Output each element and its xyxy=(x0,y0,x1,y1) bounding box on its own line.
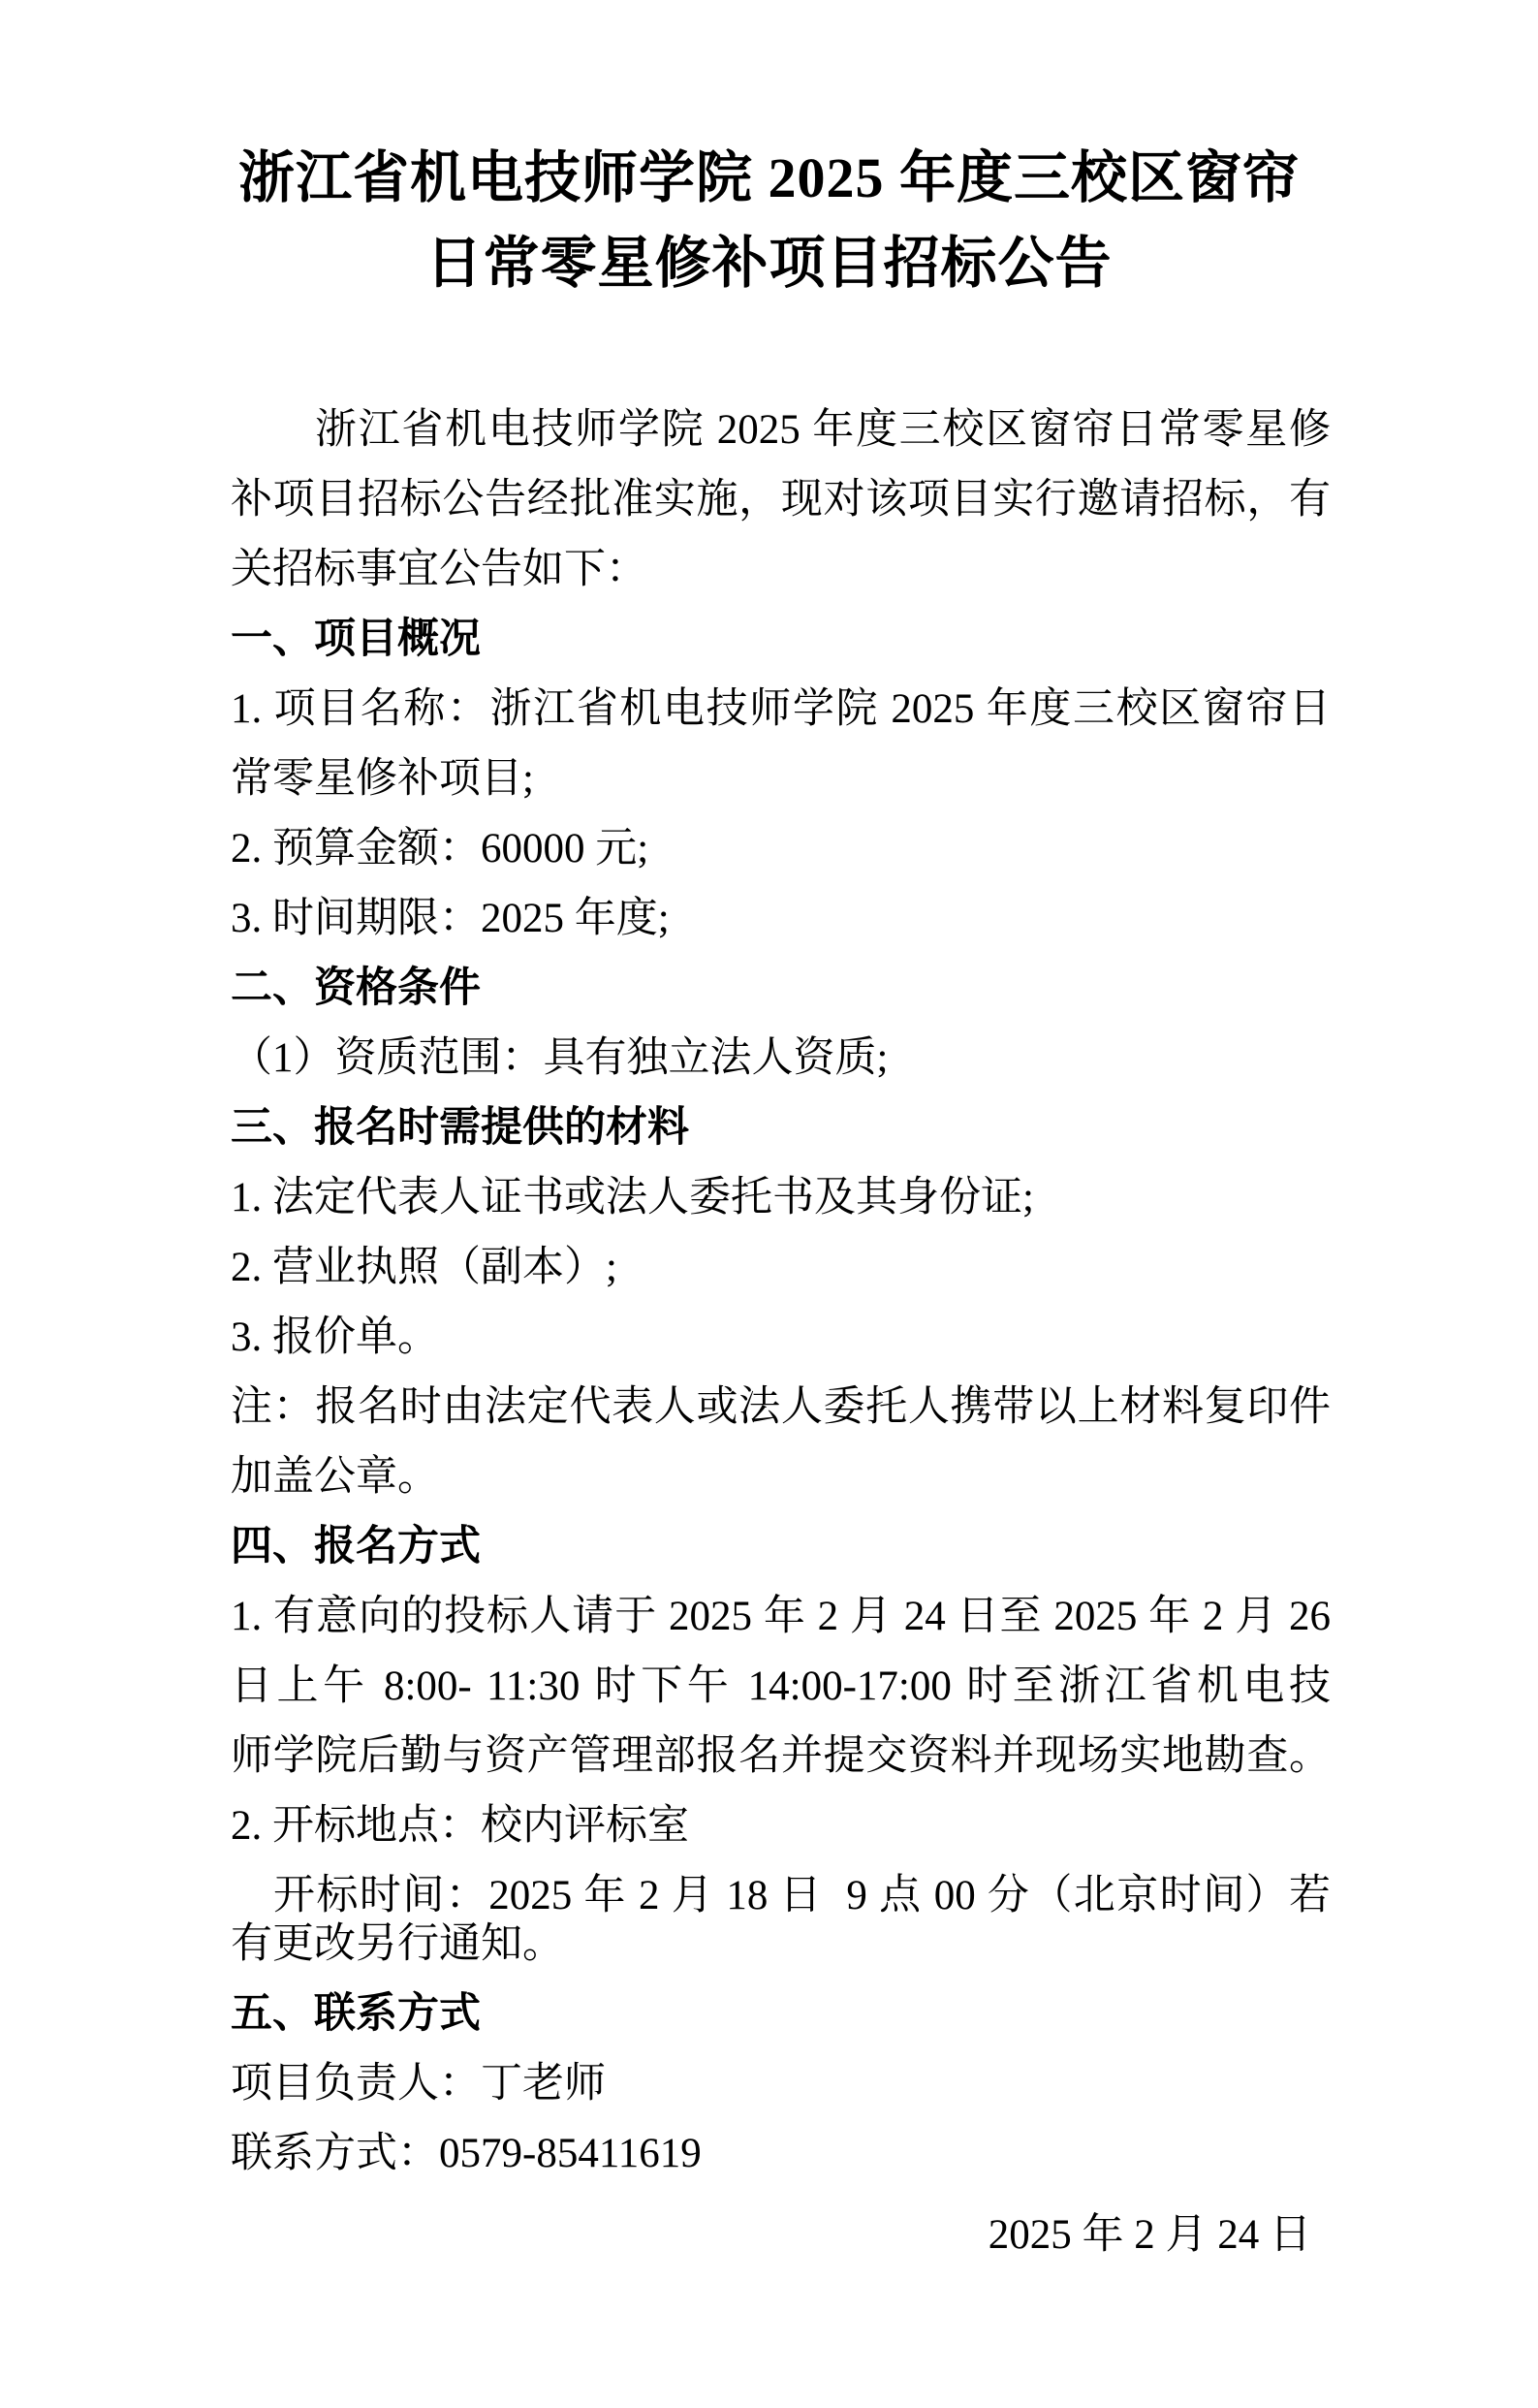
section-heading-5: 五、联系方式 xyxy=(231,1980,1331,2049)
title-line-1: 浙江省机电技师学院 2025 年度三校区窗帘 xyxy=(0,136,1538,221)
material-line-3: 3. 报价单。 xyxy=(231,1303,1331,1373)
budget-line: 2. 预算金额：60000 元; xyxy=(231,814,1331,884)
intro-line-1: 浙江省机电技师学院 2025 年度三校区窗帘日常零星修 xyxy=(231,396,1331,465)
intro-line-3: 关招标事宜公告如下： xyxy=(231,535,1331,605)
contact-person-line: 项目负责人：丁老师 xyxy=(231,2049,1331,2119)
contact-phone-line: 联系方式：0579-85411619 xyxy=(231,2119,1331,2189)
note-line-1: 注：报名时由法定代表人或法人委托人携带以上材料复印件 xyxy=(231,1373,1331,1442)
project-name-line-2: 常零星修补项目; xyxy=(231,745,1331,814)
qualification-line: （1）资质范围：具有独立法人资质; xyxy=(231,1024,1331,1093)
document-title: 浙江省机电技师学院 2025 年度三校区窗帘 日常零星修补项目招标公告 xyxy=(0,136,1538,306)
bid-opening-place-line: 2. 开标地点：校内评标室 xyxy=(231,1791,1331,1861)
time-limit-line: 3. 时间期限：2025 年度; xyxy=(231,884,1331,954)
registration-line-1: 1. 有意向的投标人请于 2025 年 2 月 24 日至 2025 年 2 月… xyxy=(231,1582,1331,1652)
section-heading-4: 四、报名方式 xyxy=(231,1512,1331,1582)
registration-line-2: 日上午 8:00- 11:30 时下午 14:00-17:00 时至浙江省机电技 xyxy=(231,1652,1331,1722)
document-page: 浙江省机电技师学院 2025 年度三校区窗帘 日常零星修补项目招标公告 浙江省机… xyxy=(0,0,1538,2408)
date-line: 2025 年 2 月 24 日 xyxy=(231,2201,1331,2270)
project-name-line-1: 1. 项目名称：浙江省机电技师学院 2025 年度三校区窗帘日 xyxy=(231,675,1331,745)
title-line-2: 日常零星修补项目招标公告 xyxy=(0,221,1538,306)
note-line-2: 加盖公章。 xyxy=(231,1442,1331,1512)
registration-line-3: 师学院后勤与资产管理部报名并提交资料并现场实地勘查。 xyxy=(231,1722,1331,1791)
material-line-1: 1. 法定代表人证书或法人委托书及其身份证; xyxy=(231,1163,1331,1233)
section-heading-3: 三、报名时需提供的材料 xyxy=(231,1093,1331,1163)
material-line-2: 2. 营业执照（副本）; xyxy=(231,1233,1331,1303)
section-heading-2: 二、资格条件 xyxy=(231,954,1331,1024)
section-heading-1: 一、项目概况 xyxy=(231,605,1331,675)
intro-line-2: 补项目招标公告经批准实施，现对该项目实行邀请招标，有 xyxy=(231,465,1331,535)
document-body: 浙江省机电技师学院 2025 年度三校区窗帘日常零星修 补项目招标公告经批准实施… xyxy=(231,396,1331,2270)
